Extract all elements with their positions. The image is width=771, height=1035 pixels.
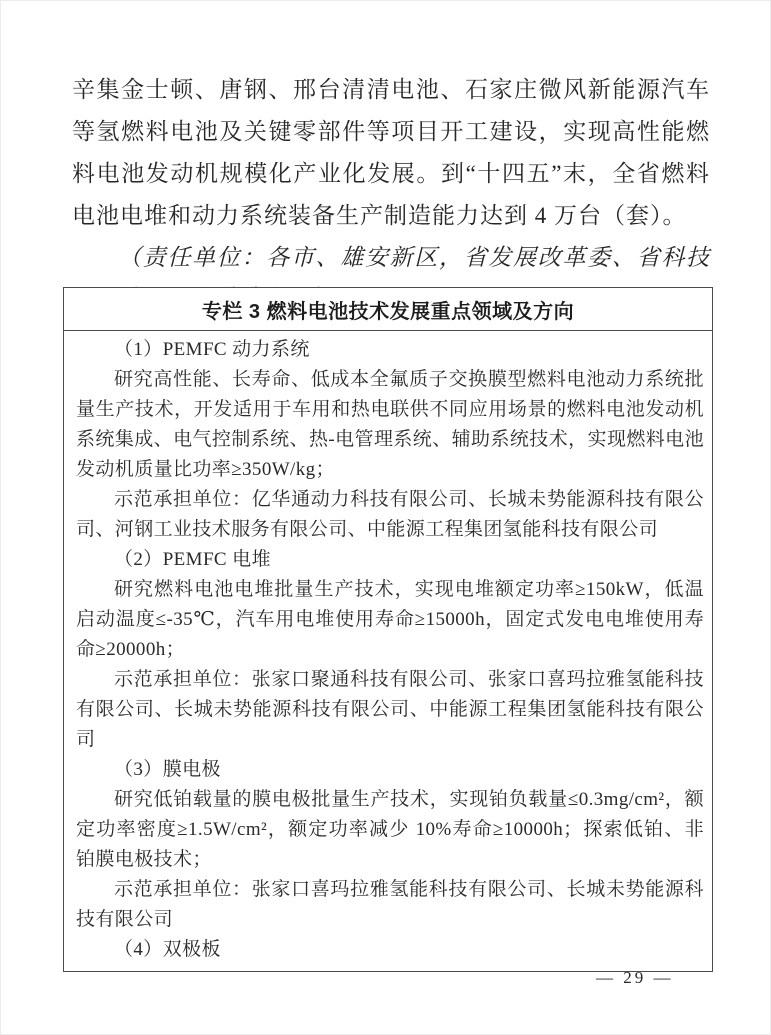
box-heading-membrane-electrode: （3）膜电极 (76, 755, 704, 785)
box-para-pemfc-power-system-demo-units: 示范承担单位：亿华通动力科技有限公司、长城未势能源科技有限公司、河钢工业技术服务… (76, 485, 704, 545)
box-heading-pemfc-stack: （2）PEMFC 电堆 (76, 545, 704, 575)
document-page: 辛集金士顿、唐钢、邢台清清电池、石家庄微风新能源汽车等氢燃料电池及关键零部件等项… (0, 0, 771, 1035)
feature-box-column3: 专栏 3 燃料电池技术发展重点领域及方向 （1）PEMFC 动力系统 研究高性能… (63, 287, 713, 972)
box-title-row: 专栏 3 燃料电池技术发展重点领域及方向 (64, 288, 712, 331)
box-para-pemfc-stack-demo-units: 示范承担单位：张家口聚通科技有限公司、张家口喜玛拉雅氢能科技有限公司、长城未势能… (76, 665, 704, 755)
page-number: — 29 — (596, 968, 674, 988)
box-para-membrane-electrode-research: 研究低铂载量的膜电极批量生产技术，实现铂负载量≤0.3mg/cm²，额定功率密度… (76, 785, 704, 875)
box-para-pemfc-stack-research: 研究燃料电池电堆批量生产技术，实现电堆额定功率≥150kW，低温启动温度≤-35… (76, 575, 704, 665)
box-para-pemfc-power-system-research: 研究高性能、长寿命、低成本全氟质子交换膜型燃料电池动力系统批量生产技术，开发适用… (76, 365, 704, 485)
box-body: （1）PEMFC 动力系统 研究高性能、长寿命、低成本全氟质子交换膜型燃料电池动… (64, 331, 712, 971)
box-para-membrane-electrode-demo-units: 示范承担单位：张家口喜玛拉雅氢能科技有限公司、长城未势能源科技有限公司 (76, 875, 704, 935)
intro-paragraph: 辛集金士顿、唐钢、邢台清清电池、石家庄微风新能源汽车等氢燃料电池及关键零部件等项… (72, 69, 710, 237)
box-heading-bipolar-plate: （4）双极板 (76, 935, 704, 965)
box-title: 专栏 3 燃料电池技术发展重点领域及方向 (202, 295, 574, 324)
box-heading-pemfc-power-system: （1）PEMFC 动力系统 (76, 335, 704, 365)
